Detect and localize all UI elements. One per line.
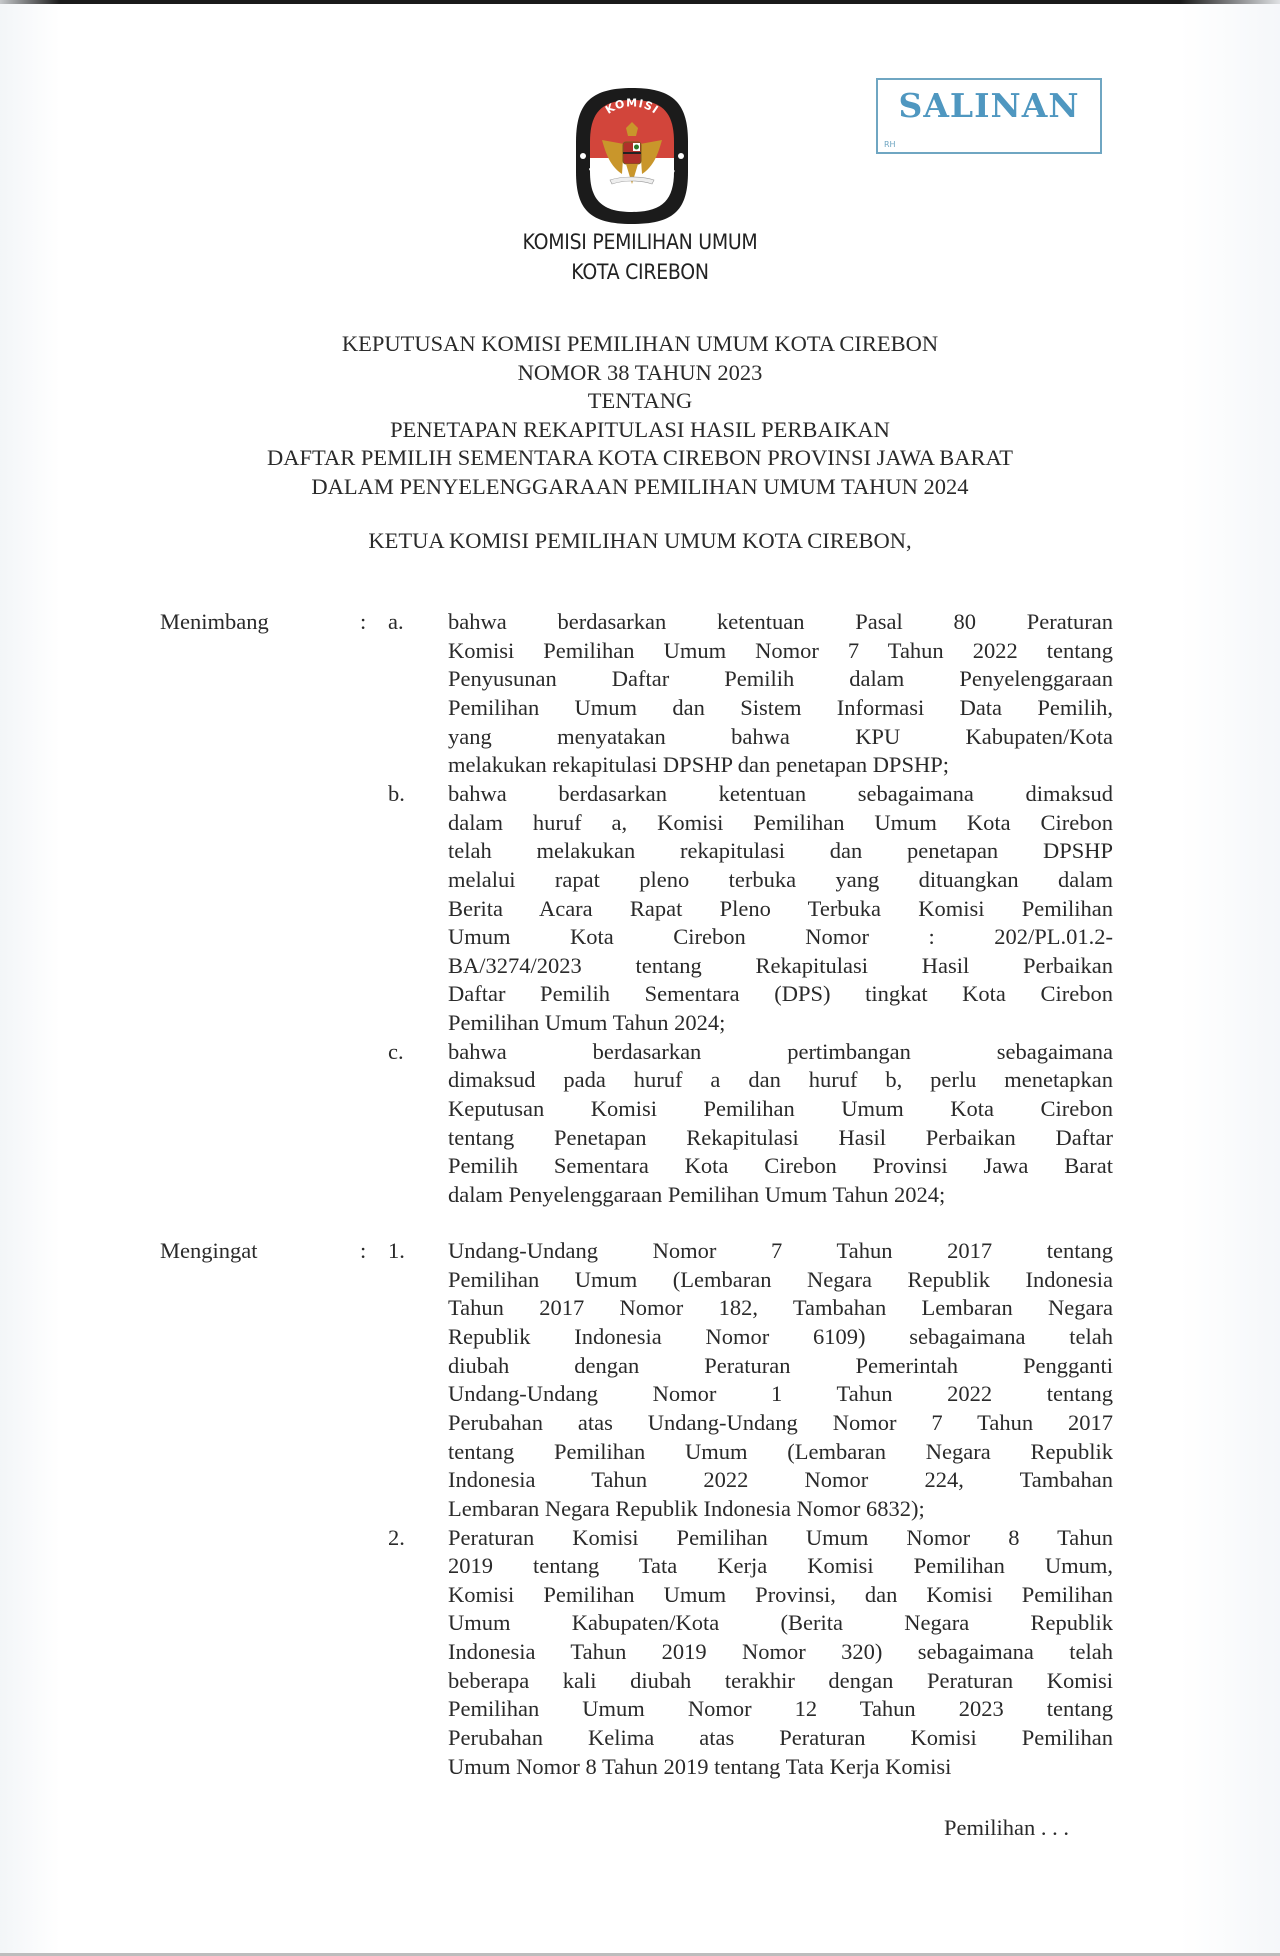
text-line: Berita Acara Rapat Pleno Terbuka Komisi … bbox=[448, 895, 1113, 924]
text-line: Umum Kabupaten/Kota (Berita Negara Repub… bbox=[448, 1609, 1113, 1638]
text-line: melalui rapat pleno terbuka yang dituang… bbox=[448, 866, 1113, 895]
item-marker: c. bbox=[388, 1038, 404, 1067]
item-text: Peraturan Komisi Pemilihan Umum Nomor 8 … bbox=[448, 1524, 1113, 1782]
text-line: Perubahan Kelima atas Peraturan Komisi P… bbox=[448, 1724, 1113, 1753]
text-line: Peraturan Komisi Pemilihan Umum Nomor 8 … bbox=[448, 1524, 1113, 1553]
item-marker: a. bbox=[388, 608, 404, 637]
text-line: beberapa kali diubah terakhir dengan Per… bbox=[448, 1667, 1113, 1696]
section-label: Menimbang bbox=[160, 608, 269, 637]
text-line: Umum Nomor 8 Tahun 2019 tentang Tata Ker… bbox=[448, 1753, 1113, 1782]
item-text: Undang-Undang Nomor 7 Tahun 2017 tentang… bbox=[448, 1237, 1113, 1524]
text-line: bahwa berdasarkan pertimbangan sebagaima… bbox=[448, 1038, 1113, 1067]
text-line: tentang Penetapan Rekapitulasi Hasil Per… bbox=[448, 1124, 1113, 1153]
item-text: bahwa berdasarkan ketentuan sebagaimana … bbox=[448, 780, 1113, 1038]
text-line: Keputusan Komisi Pemilihan Umum Kota Cir… bbox=[448, 1095, 1113, 1124]
decree-title: KEPUTUSAN KOMISI PEMILIHAN UMUM KOTA CIR… bbox=[140, 330, 1140, 502]
text-line: bahwa berdasarkan ketentuan Pasal 80 Per… bbox=[448, 608, 1113, 637]
scan-top-edge bbox=[0, 0, 1280, 4]
org-name-line1: KOMISI PEMILIHAN UMUM bbox=[370, 230, 910, 254]
org-name-line2: KOTA CIREBON bbox=[370, 260, 910, 284]
text-line: bahwa berdasarkan ketentuan sebagaimana … bbox=[448, 780, 1113, 809]
text-line: Pemilihan Umum Tahun 2024; bbox=[448, 1009, 1113, 1038]
text-line: Komisi Pemilihan Umum Nomor 7 Tahun 2022… bbox=[448, 637, 1113, 666]
text-line: Undang-Undang Nomor 7 Tahun 2017 tentang bbox=[448, 1237, 1113, 1266]
item-marker: b. bbox=[388, 780, 405, 809]
title-line: DAFTAR PEMILIH SEMENTARA KOTA CIREBON PR… bbox=[140, 444, 1140, 473]
text-line: Tahun 2017 Nomor 182, Tambahan Lembaran … bbox=[448, 1294, 1113, 1323]
text-line: melakukan rekapitulasi DPSHP dan penetap… bbox=[448, 751, 1113, 780]
text-line: Pemilihan Umum (Lembaran Negara Republik… bbox=[448, 1266, 1113, 1295]
text-line: Undang-Undang Nomor 1 Tahun 2022 tentang bbox=[448, 1380, 1113, 1409]
text-line: BA/3274/2023 tentang Rekapitulasi Hasil … bbox=[448, 952, 1113, 981]
text-line: dimaksud pada huruf a dan huruf b, perlu… bbox=[448, 1066, 1113, 1095]
item-marker: 2. bbox=[388, 1524, 405, 1553]
text-line: Pemilihan Umum Nomor 12 Tahun 2023 tenta… bbox=[448, 1695, 1113, 1724]
section-colon: : bbox=[360, 1237, 366, 1266]
ketua-heading: KETUA KOMISI PEMILIHAN UMUM KOTA CIREBON… bbox=[140, 527, 1140, 556]
title-line: KEPUTUSAN KOMISI PEMILIHAN UMUM KOTA CIR… bbox=[140, 330, 1140, 359]
scan-right-shadow bbox=[1180, 0, 1280, 1956]
item-text: bahwa berdasarkan ketentuan Pasal 80 Per… bbox=[448, 608, 1113, 780]
title-line: DALAM PENYELENGGARAAN PEMILIHAN UMUM TAH… bbox=[140, 473, 1140, 502]
text-line: telah melakukan rekapitulasi dan penetap… bbox=[448, 837, 1113, 866]
text-line: Republik Indonesia Nomor 6109) sebagaima… bbox=[448, 1323, 1113, 1352]
text-line: Komisi Pemilihan Umum Provinsi, dan Komi… bbox=[448, 1581, 1113, 1610]
text-line: Indonesia Tahun 2019 Nomor 320) sebagaim… bbox=[448, 1638, 1113, 1667]
text-line: Daftar Pemilih Sementara (DPS) tingkat K… bbox=[448, 980, 1113, 1009]
salinan-stamp: SALINAN RH bbox=[876, 78, 1102, 154]
title-line: NOMOR 38 TAHUN 2023 bbox=[140, 359, 1140, 388]
text-line: Pemilihan Umum dan Sistem Informasi Data… bbox=[448, 694, 1113, 723]
text-line: diubah dengan Peraturan Pemerintah Pengg… bbox=[448, 1352, 1113, 1381]
text-line: tentang Pemilihan Umum (Lembaran Negara … bbox=[448, 1438, 1113, 1467]
text-line: Umum Kota Cirebon Nomor : 202/PL.01.2- bbox=[448, 923, 1113, 952]
text-line: Perubahan atas Undang-Undang Nomor 7 Tah… bbox=[448, 1409, 1113, 1438]
scan-left-shadow bbox=[0, 0, 60, 1956]
title-line: PENETAPAN REKAPITULASI HASIL PERBAIKAN bbox=[140, 416, 1140, 445]
item-marker: 1. bbox=[388, 1237, 405, 1266]
text-line: yang menyatakan bahwa KPU Kabupaten/Kota bbox=[448, 723, 1113, 752]
text-line: Lembaran Negara Republik Indonesia Nomor… bbox=[448, 1495, 1113, 1524]
kpu-garuda-emblem-icon: KOMISI PEMILIHAN UMUM bbox=[570, 86, 694, 226]
title-line: TENTANG bbox=[140, 387, 1140, 416]
page-continuation: Pemilihan . . . bbox=[944, 1815, 1069, 1841]
text-line: Indonesia Tahun 2022 Nomor 224, Tambahan bbox=[448, 1466, 1113, 1495]
stamp-initial: RH bbox=[884, 140, 896, 149]
text-line: dalam huruf a, Komisi Pemilihan Umum Kot… bbox=[448, 809, 1113, 838]
text-line: 2019 tentang Tata Kerja Komisi Pemilihan… bbox=[448, 1552, 1113, 1581]
text-line: Penyusunan Daftar Pemilih dalam Penyelen… bbox=[448, 665, 1113, 694]
stamp-text: SALINAN bbox=[878, 86, 1100, 125]
section-label: Mengingat bbox=[160, 1237, 257, 1266]
text-line: dalam Penyelenggaraan Pemilihan Umum Tah… bbox=[448, 1181, 1113, 1210]
text-line: Pemilih Sementara Kota Cirebon Provinsi … bbox=[448, 1152, 1113, 1181]
section-colon: : bbox=[360, 608, 366, 637]
item-text: bahwa berdasarkan pertimbangan sebagaima… bbox=[448, 1038, 1113, 1210]
